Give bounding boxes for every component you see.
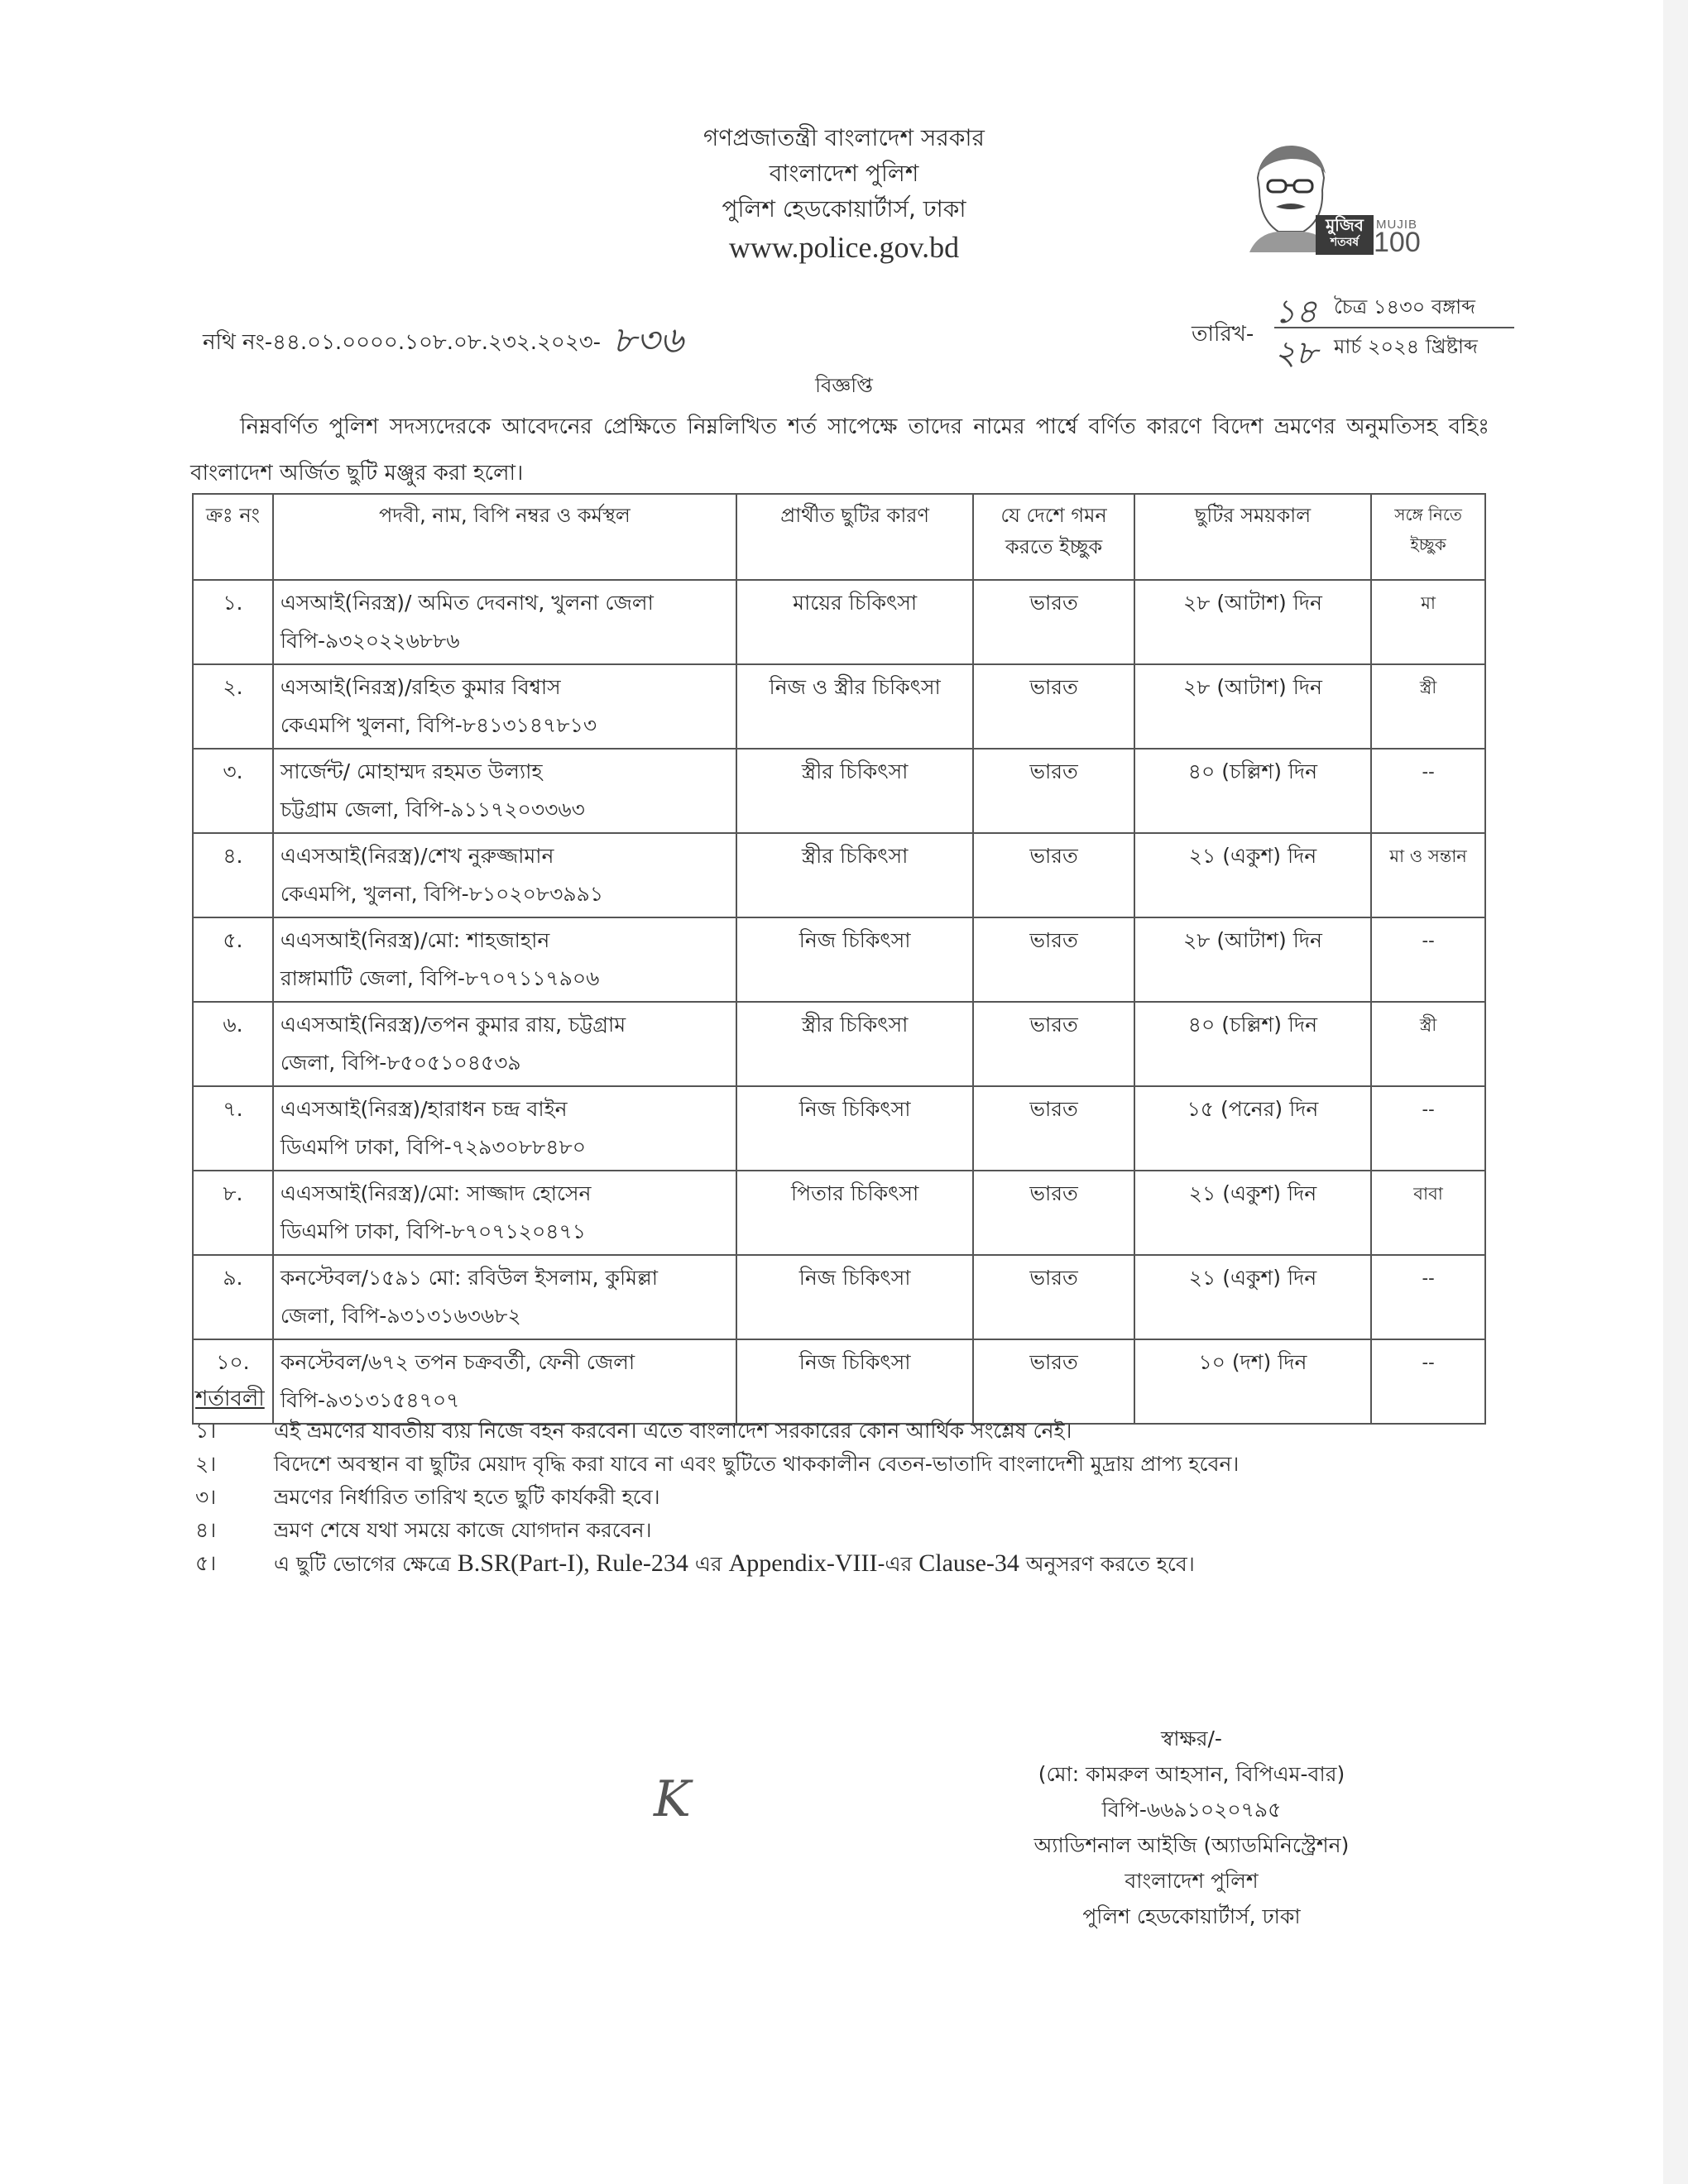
cell-name: সার্জেন্ট/ মোহাম্মদ রহমত উল্যাহচট্টগ্রাম… bbox=[273, 749, 736, 833]
cell-duration: ২১ (একুশ) দিন bbox=[1134, 1171, 1371, 1255]
term-item: ৪। ভ্রমণ শেষে যথা সময়ে কাজে যোগদান করবে… bbox=[195, 1514, 1486, 1547]
cell-name: কনস্টেবল/১৫৯১ মো: রবিউল ইসলাম, কুমিল্লাজ… bbox=[273, 1255, 736, 1339]
cell-duration: ২৮ (আটাশ) দিন bbox=[1134, 580, 1371, 664]
cell-duration: ১০ (দশ) দিন bbox=[1134, 1339, 1371, 1424]
table-row: ৪.এএসআই(নিরস্ত্র)/শেখ নুরুজ্জামানকেএমপি,… bbox=[193, 833, 1485, 917]
cell-name: এএসআই(নিরস্ত্র)/শেখ নুরুজ্জামানকেএমপি, খ… bbox=[273, 833, 736, 917]
terms-title: শর্তাবলী bbox=[195, 1382, 265, 1418]
appendix-reference: Appendix-VIII bbox=[729, 1549, 878, 1577]
handwritten-initial: K bbox=[654, 1770, 691, 1828]
file-number-label: নথি নং-৪৪.০১.০০০০.১০৮.০৮.২৩২.২০২৩- bbox=[203, 330, 601, 355]
leave-table: ক্রঃ নং পদবী, নাম, বিপি নম্বর ও কর্মস্থল… bbox=[192, 493, 1486, 1425]
cell-accompany: স্ত্রী bbox=[1371, 1002, 1485, 1086]
signatory-org: বাংলাদেশ পুলিশ bbox=[927, 1863, 1456, 1899]
cell-name: এএসআই(নিরস্ত্র)/হারাধন চন্দ্র বাইনডিএমপি… bbox=[273, 1086, 736, 1171]
table-row: ৩.সার্জেন্ট/ মোহাম্মদ রহমত উল্যাহচট্টগ্র… bbox=[193, 749, 1485, 833]
cell-reason: মায়ের চিকিৎসা bbox=[736, 580, 973, 664]
cell-reason: পিতার চিকিৎসা bbox=[736, 1171, 973, 1255]
header-name: পদবী, নাম, বিপি নম্বর ও কর্মস্থল bbox=[273, 494, 736, 580]
cell-reason: নিজ চিকিৎসা bbox=[736, 1255, 973, 1339]
cell-reason: নিজ চিকিৎসা bbox=[736, 1339, 973, 1424]
cell-duration: ২৮ (আটাশ) দিন bbox=[1134, 917, 1371, 1002]
table-row: ১.এসআই(নিরস্ত্র)/ অমিত দেবনাথ, খুলনা জেল… bbox=[193, 580, 1485, 664]
cell-duration: ৪০ (চল্লিশ) দিন bbox=[1134, 1002, 1371, 1086]
cell-reason: স্ত্রীর চিকিৎসা bbox=[736, 749, 973, 833]
cell-reason: নিজ চিকিৎসা bbox=[736, 917, 973, 1002]
table-row: ৫.এএসআই(নিরস্ত্র)/মো: শাহজাহানরাঙ্গামাটি… bbox=[193, 917, 1485, 1002]
cell-accompany: -- bbox=[1371, 1086, 1485, 1171]
table-row: ২.এসআই(নিরস্ত্র)/রহিত কুমার বিশ্বাসকেএমপ… bbox=[193, 664, 1485, 749]
header-serial: ক্রঃ নং bbox=[193, 494, 273, 580]
cell-country: ভারত bbox=[973, 749, 1134, 833]
table-row: ৯.কনস্টেবল/১৫৯১ মো: রবিউল ইসলাম, কুমিল্ল… bbox=[193, 1255, 1485, 1339]
notice-intro: নিম্নবর্ণিত পুলিশ সদস্যদেরকে আবেদনের প্র… bbox=[190, 404, 1489, 496]
cell-reason: স্ত্রীর চিকিৎসা bbox=[736, 1002, 973, 1086]
scan-edge bbox=[1663, 0, 1688, 2184]
cell-duration: ২১ (একুশ) দিন bbox=[1134, 833, 1371, 917]
header-accompany: সঙ্গে নিতে ইচ্ছুক bbox=[1371, 494, 1485, 580]
cell-country: ভারত bbox=[973, 664, 1134, 749]
terms-list: ১। এই ভ্রমণের যাবতীয় ব্যয় নিজে বহন করব… bbox=[195, 1415, 1486, 1581]
clause-reference: Clause-34 bbox=[918, 1549, 1019, 1577]
cell-country: ভারত bbox=[973, 580, 1134, 664]
signatory-office: পুলিশ হেডকোয়ার্টার্স, ঢাকা bbox=[927, 1899, 1456, 1934]
cell-country: ভারত bbox=[973, 1086, 1134, 1171]
cell-serial: ৩. bbox=[193, 749, 273, 833]
table-row: ৮.এএসআই(নিরস্ত্র)/মো: সাজ্জাদ হোসেনডিএমপ… bbox=[193, 1171, 1485, 1255]
cell-duration: ২১ (একুশ) দিন bbox=[1134, 1255, 1371, 1339]
cell-reason: নিজ চিকিৎসা bbox=[736, 1086, 973, 1171]
signatory-designation: অ্যাডিশনাল আইজি (অ্যাডমিনিস্ট্রেশন) bbox=[927, 1827, 1456, 1863]
cell-accompany: বাবা bbox=[1371, 1171, 1485, 1255]
date-label: তারিখ- bbox=[1192, 317, 1254, 353]
cell-reason: স্ত্রীর চিকিৎসা bbox=[736, 833, 973, 917]
header-duration: ছুটির সময়কাল bbox=[1134, 494, 1371, 580]
cell-duration: ২৮ (আটাশ) দিন bbox=[1134, 664, 1371, 749]
term-item: ২। বিদেশে অবস্থান বা ছুটির মেয়াদ বৃদ্ধি… bbox=[195, 1448, 1486, 1481]
cell-serial: ৭. bbox=[193, 1086, 273, 1171]
file-number-handwritten: ৮৩৬ bbox=[612, 319, 683, 362]
header-country: যে দেশে গমন করতে ইচ্ছুক bbox=[973, 494, 1134, 580]
cell-name: এএসআই(নিরস্ত্র)/মো: শাহজাহানরাঙ্গামাটি জ… bbox=[273, 917, 736, 1002]
cell-country: ভারত bbox=[973, 917, 1134, 1002]
table-row: ৭.এএসআই(নিরস্ত্র)/হারাধন চন্দ্র বাইনডিএম… bbox=[193, 1086, 1485, 1171]
cell-accompany: -- bbox=[1371, 1255, 1485, 1339]
file-number: নথি নং-৪৪.০১.০০০০.১০৮.০৮.২৩২.২০২৩-৮৩৬ bbox=[203, 313, 683, 373]
cell-serial: ৬. bbox=[193, 1002, 273, 1086]
cell-serial: ২. bbox=[193, 664, 273, 749]
cell-reason: নিজ ও স্ত্রীর চিকিৎসা bbox=[736, 664, 973, 749]
brand-number: 100 bbox=[1374, 228, 1421, 256]
table-row: ১০.কনস্টেবল/৬৭২ তপন চক্রবর্তী, ফেনী জেলা… bbox=[193, 1339, 1485, 1424]
cell-accompany: স্ত্রী bbox=[1371, 664, 1485, 749]
header-reason: প্রার্থীত ছুটির কারণ bbox=[736, 494, 973, 580]
date-block: তারিখ- ১৪ ২৮ চৈত্র ১৪৩০ বঙ্গাব্দ মার্চ ২… bbox=[1192, 285, 1489, 368]
term-item: ৫। এ ছুটি ভোগের ক্ষেত্রে B.SR(Part-I), R… bbox=[195, 1547, 1486, 1581]
mujib-100-logo: মুজিব শতবর্ষ MUJIB 100 bbox=[1225, 132, 1440, 256]
bangla-date: চৈত্র ১৪৩০ বঙ্গাব্দ bbox=[1334, 292, 1475, 325]
rule-reference: B.SR(Part-I), Rule-234 bbox=[458, 1549, 688, 1577]
cell-duration: ১৫ (পনের) দিন bbox=[1134, 1086, 1371, 1171]
cell-accompany: -- bbox=[1371, 1339, 1485, 1424]
table-header-row: ক্রঃ নং পদবী, নাম, বিপি নম্বর ও কর্মস্থল… bbox=[193, 494, 1485, 580]
cell-name: কনস্টেবল/৬৭২ তপন চক্রবর্তী, ফেনী জেলাবিপ… bbox=[273, 1339, 736, 1424]
cell-country: ভারত bbox=[973, 1002, 1134, 1086]
cell-country: ভারত bbox=[973, 1171, 1134, 1255]
table-row: ৬.এএসআই(নিরস্ত্র)/তপন কুমার রায়, চট্টগ্… bbox=[193, 1002, 1485, 1086]
signed-mark: স্বাক্ষর/- bbox=[927, 1721, 1456, 1756]
brand-mark: মুজিব শতবর্ষ bbox=[1316, 215, 1374, 255]
cell-accompany: -- bbox=[1371, 917, 1485, 1002]
signatory-name: (মো: কামরুল আহসান, বিপিএম-বার) bbox=[927, 1756, 1456, 1792]
cell-country: ভারত bbox=[973, 1339, 1134, 1424]
notice-title: বিজ্ঞপ্তি bbox=[0, 371, 1688, 404]
signatory-bp: বিপি-৬৬৯১০২০৭৯৫ bbox=[927, 1792, 1456, 1827]
cell-accompany: -- bbox=[1371, 749, 1485, 833]
cell-name: এএসআই(নিরস্ত্র)/মো: সাজ্জাদ হোসেনডিএমপি … bbox=[273, 1171, 736, 1255]
cell-serial: ৮. bbox=[193, 1171, 273, 1255]
cell-name: এসআই(নিরস্ত্র)/রহিত কুমার বিশ্বাসকেএমপি … bbox=[273, 664, 736, 749]
cell-serial: ১. bbox=[193, 580, 273, 664]
cell-accompany: মা ও সন্তান bbox=[1371, 833, 1485, 917]
term-item: ১। এই ভ্রমণের যাবতীয় ব্যয় নিজে বহন করব… bbox=[195, 1415, 1486, 1448]
cell-duration: ৪০ (চল্লিশ) দিন bbox=[1134, 749, 1371, 833]
cell-name: এএসআই(নিরস্ত্র)/তপন কুমার রায়, চট্টগ্রা… bbox=[273, 1002, 736, 1086]
cell-serial: ৯. bbox=[193, 1255, 273, 1339]
cell-accompany: মা bbox=[1371, 580, 1485, 664]
cell-name: এসআই(নিরস্ত্র)/ অমিত দেবনাথ, খুলনা জেলাব… bbox=[273, 580, 736, 664]
cell-serial: ৪. bbox=[193, 833, 273, 917]
cell-country: ভারত bbox=[973, 833, 1134, 917]
cell-serial: ৫. bbox=[193, 917, 273, 1002]
term-item: ৩। ভ্রমণের নির্ধারিত তারিখ হতে ছুটি কার্… bbox=[195, 1481, 1486, 1514]
signature-block: স্বাক্ষর/- (মো: কামরুল আহসান, বিপিএম-বার… bbox=[927, 1721, 1456, 1934]
cell-country: ভারত bbox=[973, 1255, 1134, 1339]
gregorian-date: মার্চ ২০২৪ খ্রিষ্টাব্দ bbox=[1334, 332, 1478, 365]
